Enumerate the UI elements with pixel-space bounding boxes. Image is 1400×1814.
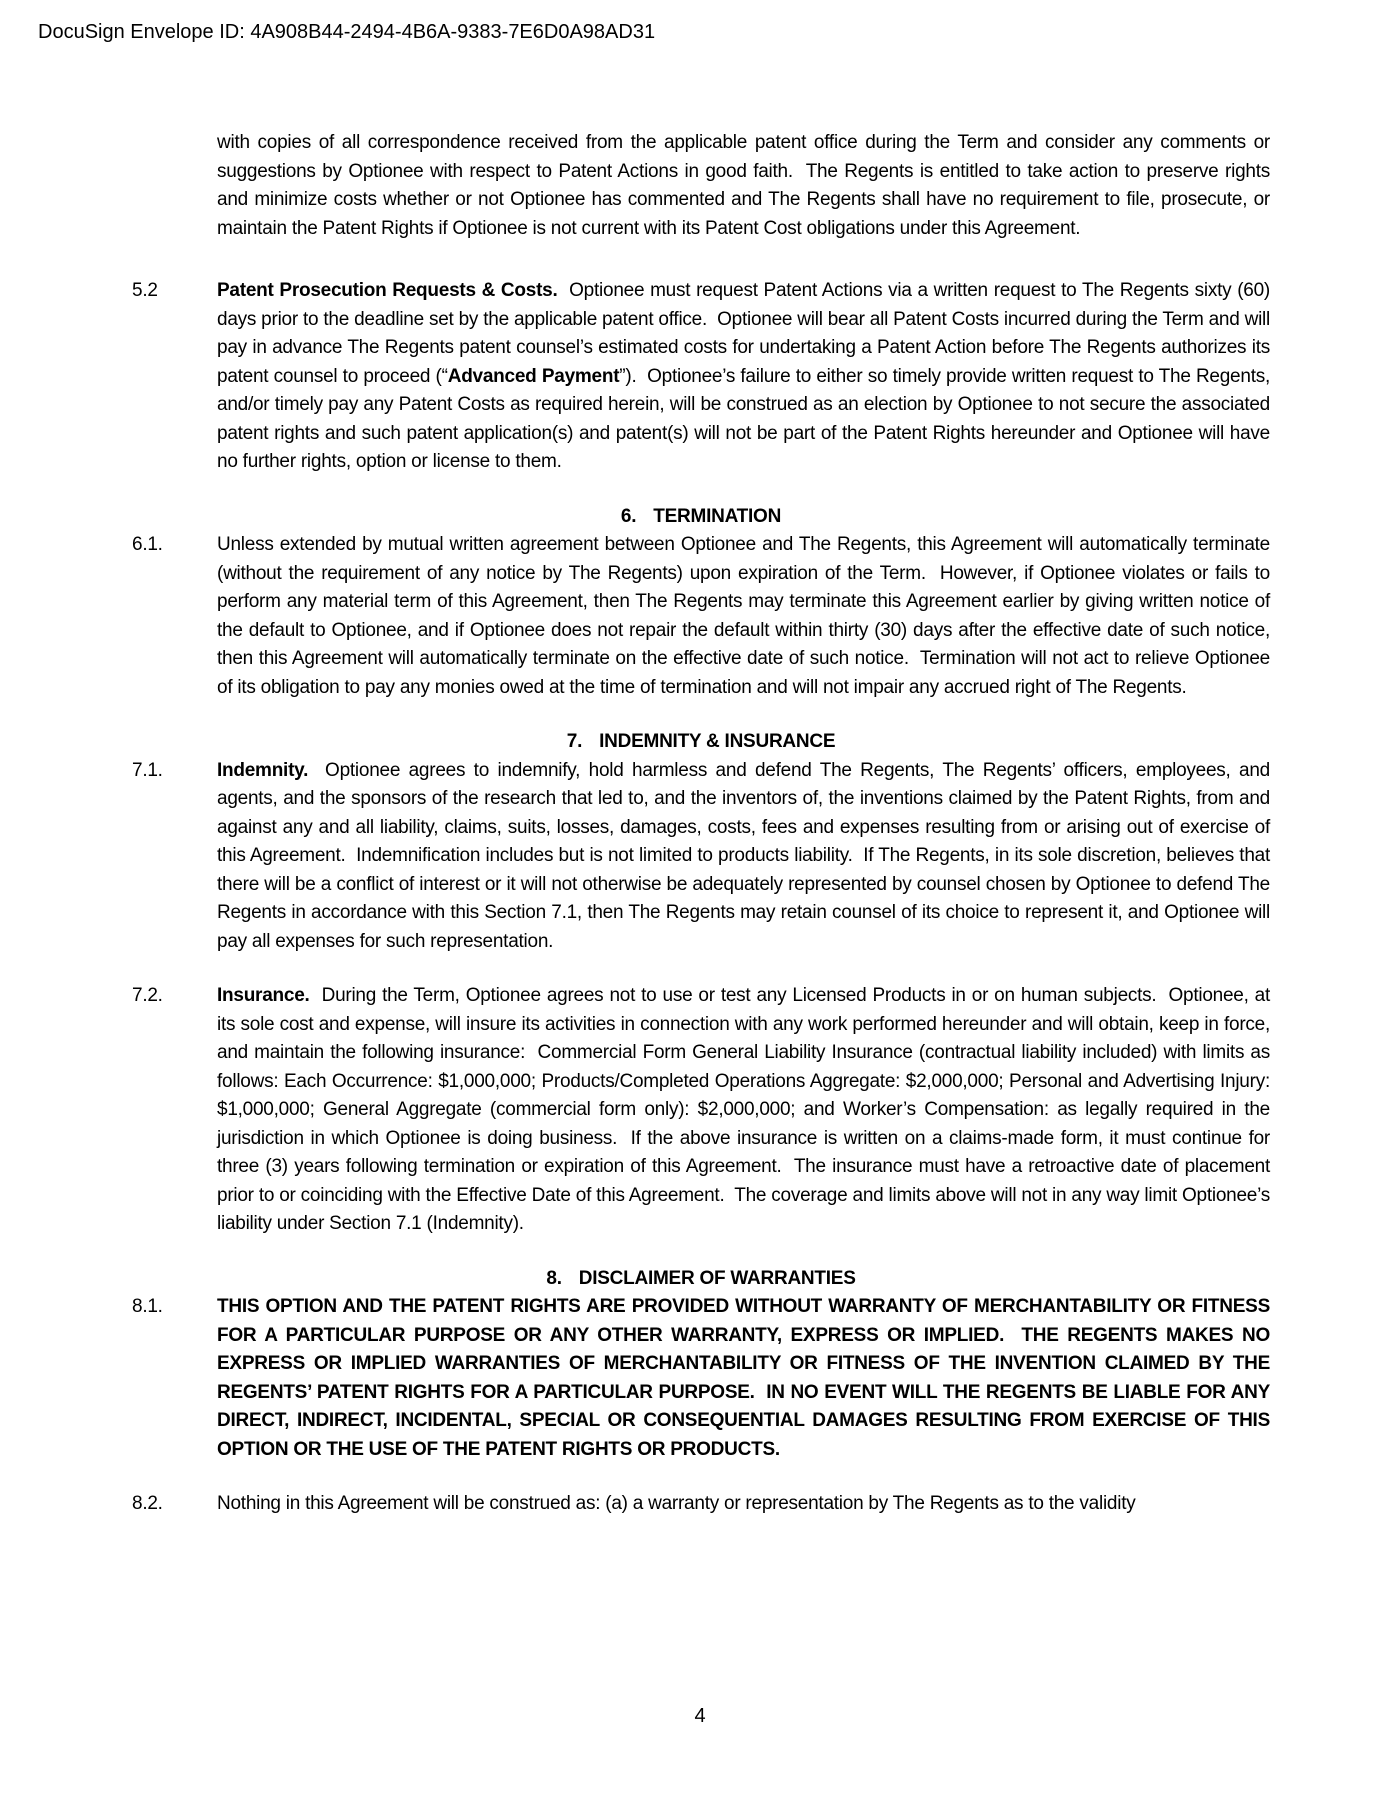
section-number: 8.2. — [132, 1490, 163, 1519]
section-paragraph: 7.2.Insurance. During the Term, Optionee… — [132, 982, 1270, 1239]
document-page: DocuSign Envelope ID: 4A908B44-2494-4B6A… — [0, 0, 1400, 1814]
paragraph-text: Unless extended by mutual written agreem… — [217, 534, 1270, 698]
section-heading-number: 7. — [567, 731, 582, 752]
section-heading-title: DISCLAIMER OF WARRANTIES — [579, 1268, 856, 1289]
section-paragraph: 5.2Patent Prosecution Requests & Costs. … — [132, 277, 1270, 477]
paragraph-text: Patent Prosecution Requests & Costs. Opt… — [217, 280, 1270, 472]
section-number: 5.2 — [132, 277, 158, 306]
section-paragraph: with copies of all correspondence receiv… — [132, 129, 1270, 243]
section-heading-title: INDEMNITY & INSURANCE — [599, 731, 835, 752]
section-heading-title: TERMINATION — [653, 506, 781, 527]
page-number: 4 — [0, 1705, 1400, 1728]
paragraph-text: Nothing in this Agreement will be constr… — [217, 1493, 1135, 1514]
section-number: 7.1. — [132, 757, 163, 786]
section-number: 6.1. — [132, 531, 163, 560]
document-body: with copies of all correspondence receiv… — [132, 129, 1270, 1545]
section-number: 7.2. — [132, 982, 163, 1011]
paragraph-text: Insurance. During the Term, Optionee agr… — [217, 985, 1270, 1234]
section-heading-number: 6. — [621, 506, 636, 527]
section-paragraph: 8.2.Nothing in this Agreement will be co… — [132, 1490, 1270, 1519]
paragraph-text: with copies of all correspondence receiv… — [217, 132, 1270, 239]
paragraph-text: Indemnity. Optionee agrees to indemnify,… — [217, 760, 1270, 952]
section-number: 8.1. — [132, 1293, 163, 1322]
section-heading: 8.DISCLAIMER OF WARRANTIES — [132, 1265, 1270, 1294]
paragraph-text: THIS OPTION AND THE PATENT RIGHTS ARE PR… — [217, 1296, 1270, 1460]
section-paragraph: 6.1.Unless extended by mutual written ag… — [132, 531, 1270, 702]
docusign-envelope-id-header: DocuSign Envelope ID: 4A908B44-2494-4B6A… — [38, 21, 655, 44]
section-heading: 7.INDEMNITY & INSURANCE — [132, 728, 1270, 757]
section-paragraph: 8.1.THIS OPTION AND THE PATENT RIGHTS AR… — [132, 1293, 1270, 1464]
section-heading-number: 8. — [546, 1268, 561, 1289]
section-heading: 6.TERMINATION — [132, 503, 1270, 532]
section-paragraph: 7.1.Indemnity. Optionee agrees to indemn… — [132, 757, 1270, 957]
